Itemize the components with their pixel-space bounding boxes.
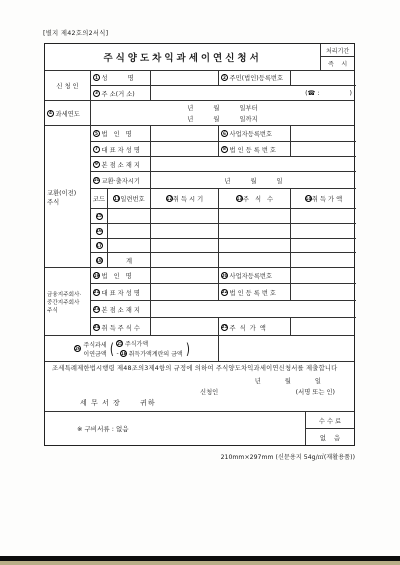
- row-code-cell: 16: [91, 224, 108, 238]
- hq-address-value: [151, 157, 356, 171]
- deferral-amount-row: 26 주식과세 이연금액 ( 25 주식가액 - 18 취득가액계란의 금액 ): [45, 336, 354, 362]
- biz-regno-label: 6 사업자등록번호: [219, 126, 291, 141]
- row-shares-cell: [219, 224, 291, 238]
- row-acq-time-cell: [151, 239, 219, 252]
- col-header-code: 코드: [91, 189, 108, 208]
- holding-company-section-label: 금융지주회사· 중간지주회사 주식: [45, 268, 91, 335]
- field-number-badge: 18: [96, 257, 103, 264]
- row-code-cell: 18: [91, 253, 108, 268]
- corp-name-value: [151, 268, 219, 283]
- exchange-time-value: 년 월 일: [151, 172, 356, 188]
- row-shares-cell: [219, 253, 291, 268]
- corp-name-value: [151, 126, 219, 141]
- field-number-badge: 25: [116, 340, 123, 347]
- deferral-amount-value: [219, 336, 354, 361]
- field-number-badge: 3: [93, 90, 100, 97]
- declaration-text: 조세특례제한법시행령 제48조의3제4항의 규정에 의하여 주식양도차익과세이연…: [52, 365, 349, 374]
- row-serial-cell: [108, 209, 151, 223]
- field-number-badge: 21: [93, 289, 100, 296]
- title-row: 주식양도차익과세이연신청서 처리기간 즉 시: [45, 44, 354, 71]
- deferral-label: 주식과세 이연금액: [83, 340, 106, 358]
- field-number-badge: 24: [93, 324, 100, 331]
- footer-row: ※ 구비서류 : 없음 수 수 료 없 음: [45, 412, 354, 445]
- row-serial-cell: [108, 239, 151, 252]
- table-row: 17: [91, 239, 356, 253]
- address-field-label: 3 주 소(거 소): [91, 86, 151, 101]
- corp-regno-value: [291, 284, 356, 300]
- row-serial-cell: 계: [108, 253, 151, 268]
- stock-table-header-row: 코드 11 일련번호 12 취 득 시 기 13 주 식 수 14: [91, 189, 356, 209]
- processing-time-value: 즉 시: [321, 57, 354, 69]
- hq-address-label: 9 본 점 소 재 지: [91, 157, 151, 171]
- row-shares-cell: [219, 239, 291, 252]
- field-number-badge: 14: [305, 195, 312, 202]
- rep-name-label: 21 대 표 자 성 명: [91, 284, 151, 300]
- field-number-badge: 4: [47, 110, 54, 117]
- declaration-applicant-label: 신청인: [200, 387, 218, 396]
- field-number-badge: 6: [221, 130, 228, 137]
- form-title: 주식양도차익과세이연신청서: [103, 50, 261, 64]
- corp-name-label: 19 법 인 명: [91, 268, 151, 283]
- field-number-badge: 15: [96, 213, 103, 220]
- fee-label: 수 수 료: [306, 412, 354, 429]
- field-number-badge: 12: [166, 195, 173, 202]
- corp-name-label: 5 법 인 명: [91, 126, 151, 141]
- tax-year-from: 년 월 일부터: [187, 103, 257, 112]
- open-paren: (: [109, 340, 113, 358]
- field-number-badge: 19: [93, 272, 100, 279]
- scan-artifact-edge: [0, 561, 400, 565]
- field-number-badge: 7: [93, 146, 100, 153]
- hq-address-value: [151, 301, 356, 317]
- field-number-badge: 5: [93, 130, 100, 137]
- field-number-badge: 13: [236, 195, 243, 202]
- field-number-badge: 10: [93, 177, 100, 184]
- col-header-shares: 13 주 식 수: [219, 189, 291, 208]
- hq-address-label: 23 본 점 소 재 지: [91, 301, 151, 317]
- applicant-section: 신 청 인 1 성 명 2 주민(법인)등록번호: [45, 71, 354, 101]
- table-row: 16: [91, 224, 356, 239]
- table-total-row: 18 계: [91, 253, 356, 268]
- row-acq-time-cell: [151, 209, 219, 223]
- field-number-badge: 2: [221, 74, 228, 81]
- biz-regno-value: [291, 126, 356, 141]
- exchanged-stock-section-label: 교환(이전) 주식: [45, 126, 91, 267]
- close-paren: ): [186, 340, 190, 358]
- fee-value: 없 음: [306, 429, 354, 445]
- declaration-recipient: 세 무 서 장 귀하: [80, 398, 349, 408]
- biz-regno-label: 20 사업자등록번호: [219, 268, 291, 283]
- name-field-value: [151, 71, 219, 85]
- field-number-badge: 23: [93, 306, 100, 313]
- row-shares-cell: [219, 209, 291, 223]
- declaration-date-line: 년 월 일: [255, 376, 321, 385]
- exchange-time-label: 10 교환·출자시기: [91, 172, 151, 188]
- row-serial-cell: [108, 224, 151, 238]
- tax-year-section: 4 과세연도 년 월 일부터 년 월 일까지: [45, 101, 354, 127]
- processing-time-label: 처리기간: [321, 44, 354, 57]
- declaration-sign-label: (서명 또는 인): [296, 387, 335, 396]
- address-field-value: (☎ : ): [151, 86, 356, 101]
- corp-regno-label: 8 법 인 등 록 번 호: [219, 142, 291, 156]
- regno-field-label: 2 주민(법인)등록번호: [219, 71, 291, 85]
- stock-value-label: 25 주 식 가 액: [219, 318, 291, 336]
- scanned-form-page: [별지 제42호의2서식] 주식양도차익과세이연신청서 처리기간 즉 시 신 청…: [0, 0, 400, 565]
- field-number-badge: 9: [93, 161, 100, 168]
- row-price-cell: [291, 239, 356, 252]
- fee-box: 수 수 료 없 음: [306, 412, 354, 445]
- processing-time-box: 처리기간 즉 시: [321, 44, 354, 70]
- field-number-badge: 20: [221, 272, 228, 279]
- field-number-badge: 25: [221, 324, 228, 331]
- col-header-serial: 11 일련번호: [108, 189, 151, 208]
- application-form-table: 주식양도차익과세이연신청서 처리기간 즉 시 신 청 인 1 성 명: [44, 43, 355, 446]
- deferral-operands: 25 주식가액 - 18 취득가액계란의 금액: [116, 339, 182, 358]
- table-row: 15: [91, 209, 356, 224]
- field-number-badge: 17: [96, 242, 103, 249]
- field-number-badge: 1: [93, 74, 100, 81]
- row-code-cell: 17: [91, 239, 108, 252]
- declaration-section: 조세특례제한법시행령 제48조의3제4항의 규정에 의하여 주식양도차익과세이연…: [45, 362, 354, 412]
- form-title-cell: 주식양도차익과세이연신청서: [45, 44, 321, 70]
- rep-name-label: 7 대 표 자 성 명: [91, 142, 151, 156]
- tax-year-label: 4 과세연도: [45, 101, 91, 126]
- field-number-badge: 8: [221, 146, 228, 153]
- field-number-badge: 22: [221, 289, 228, 296]
- row-price-cell: [291, 209, 356, 223]
- field-number-badge: 26: [74, 345, 81, 352]
- regno-field-value: [291, 71, 356, 85]
- applicant-section-label: 신 청 인: [45, 71, 91, 100]
- row-price-cell: [291, 224, 356, 238]
- row-acq-time-cell: [151, 224, 219, 238]
- row-code-cell: 15: [91, 209, 108, 223]
- required-documents-label: ※ 구비서류 : 없음: [45, 412, 306, 445]
- form-reference-number: [별지 제42호의2서식]: [43, 28, 108, 37]
- acquired-shares-label: 24 취 득 주 식 수: [91, 318, 151, 336]
- field-number-badge: 18: [120, 350, 127, 357]
- col-header-acq-time: 12 취 득 시 기: [151, 189, 219, 208]
- biz-regno-value: [291, 268, 356, 283]
- field-number-badge: 16: [96, 228, 103, 235]
- phone-number-field: (☎ : ): [305, 90, 352, 97]
- field-number-badge: 11: [113, 195, 120, 202]
- rep-name-value: [151, 142, 219, 156]
- exchanged-stock-section: 교환(이전) 주식 5 법 인 명 6 사업자등록번호: [45, 126, 354, 268]
- paper-spec-note: 210mm×297mm (신문용지 54g/㎡(재활용품)): [44, 452, 355, 461]
- minus-sign: -: [116, 350, 118, 357]
- holding-company-section: 금융지주회사· 중간지주회사 주식 19 법 인 명 20 사업자등록번호: [45, 268, 354, 336]
- tax-year-value: 년 월 일부터 년 월 일까지: [91, 101, 354, 126]
- deferral-formula: 26 주식과세 이연금액 ( 25 주식가액 - 18 취득가액계란의 금액 ): [45, 336, 219, 361]
- row-acq-time-cell: [151, 253, 219, 268]
- corp-regno-label: 22 법 인 등 록 번 호: [219, 284, 291, 300]
- stock-value-value: [291, 318, 356, 336]
- rep-name-value: [151, 284, 219, 300]
- corp-regno-value: [291, 142, 356, 156]
- col-header-acq-price: 14 취 득 가 액: [291, 189, 356, 208]
- acquired-shares-value: [151, 318, 219, 336]
- name-field-label: 1 성 명: [91, 71, 151, 85]
- tax-year-to: 년 월 일까지: [187, 114, 257, 123]
- row-price-cell: [291, 253, 356, 268]
